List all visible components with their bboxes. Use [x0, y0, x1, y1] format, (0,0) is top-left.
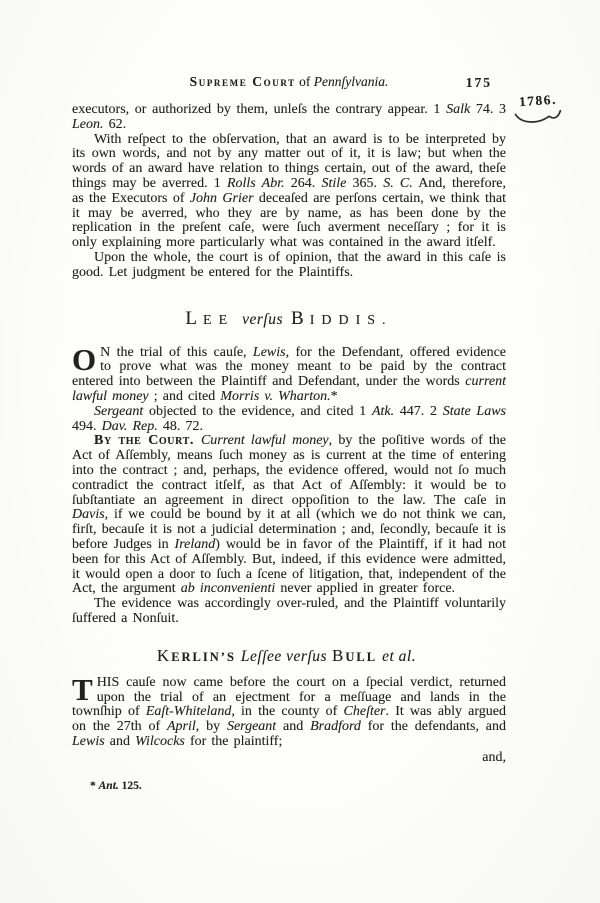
- heading-initial: K: [157, 646, 171, 665]
- citation-dav-rep: Dav. Rep.: [102, 419, 158, 434]
- heading-caps: IDDIS.: [310, 313, 393, 328]
- case-heading-kerlin-v-bull: KERLIN’SLeſſee verſusBULLet al.: [72, 646, 506, 666]
- scanned-book-page: 1786. Supreme Court of Pennſylvania. 175…: [0, 0, 600, 903]
- paragraph-kerlin-facts: THIS cauſe now came before the court on …: [72, 676, 506, 750]
- citation-morris-v-wharton: Morris v. Wharton.: [220, 389, 330, 404]
- citation-stile: Stile: [321, 176, 346, 191]
- term-ab-inconvenienti: ab inconvenienti: [181, 581, 276, 596]
- paragraph-award-reasoning: With reſpect to the obſervation, that an…: [72, 133, 506, 251]
- citation-salkeld: Salk: [446, 102, 470, 117]
- page-number: 175: [466, 75, 492, 91]
- running-header: Supreme Court of Pennſylvania. 175: [72, 74, 506, 90]
- heading-et-al: et al.: [382, 648, 416, 665]
- paragraph-lee-facts: ON the trial of this cauſe, Lewis, for t…: [72, 346, 506, 405]
- by-the-court-label: By the Court.: [94, 433, 194, 448]
- counsel-name-sergeant: Sergeant: [94, 404, 143, 419]
- term-current-lawful-money: Current lawful money: [201, 433, 329, 448]
- place-name-ireland: Ireland: [175, 537, 216, 552]
- case-heading-lee-v-biddis: LEEverſusBIDDIS.: [72, 308, 506, 330]
- citation-state-laws: State Laws: [443, 404, 506, 419]
- text-run: never applied in greater force.: [275, 581, 455, 596]
- paragraph-by-the-court: By the Court.Current lawful money, by th…: [72, 434, 506, 597]
- place-name-chester: Cheſter: [344, 704, 386, 719]
- footnote: * Ant. 125.: [90, 780, 506, 792]
- text-run: for the plaintiff;: [185, 734, 282, 749]
- drop-cap-t: T: [72, 676, 97, 702]
- heading-initial: B: [332, 646, 345, 665]
- citation-leonard: Leon.: [72, 117, 104, 132]
- footnote-marker: *: [90, 780, 99, 792]
- catchword: and,: [72, 751, 506, 766]
- text-run: Upon the whole, the court is of opinion,…: [72, 250, 506, 280]
- citation-atkyns: Atk.: [372, 404, 394, 419]
- text-run: objected to the evidence, and cited 1: [143, 404, 372, 419]
- footnote-ref-ante: Ant.: [99, 780, 119, 792]
- counsel-name-wilcocks: Wilcocks: [135, 734, 185, 749]
- heading-caps: EE: [203, 313, 234, 328]
- counsel-name-lewis: Lewis: [72, 734, 105, 749]
- paragraph-award-judgment: Upon the whole, the court is of opinion,…: [72, 251, 506, 281]
- heading-caps: ULL: [345, 650, 377, 664]
- margin-brace-icon: [512, 106, 566, 129]
- text-run: , by: [196, 719, 227, 734]
- text-run: 74. 3: [470, 102, 506, 117]
- header-jurisdiction: Pennſylvania.: [314, 74, 389, 89]
- text-run: , in the county of: [231, 704, 343, 719]
- text-run: ; and cited: [149, 389, 221, 404]
- text-run: N the trial of this cauſe,: [100, 345, 253, 360]
- heading-lessee-versus: Leſſee verſus: [241, 648, 327, 665]
- citation-rolls-abr: Rolls Abr.: [227, 176, 285, 191]
- header-court-name: Supreme Court: [190, 74, 296, 89]
- place-name-east-whiteland: Eaſt-Whiteland: [146, 704, 232, 719]
- text-run: 447. 2: [394, 404, 443, 419]
- party-name-john-grier: John Grier: [190, 191, 254, 206]
- text-run: 264.: [285, 176, 322, 191]
- paragraph-lee-outcome: The evidence was accordingly over-ruled,…: [72, 597, 506, 627]
- citation-same-case: S. C.: [383, 176, 413, 191]
- heading-caps: ERLIN’S: [171, 650, 236, 664]
- text-run: and,: [482, 750, 506, 765]
- footnote-marker: *: [331, 389, 338, 404]
- text-column: Supreme Court of Pennſylvania. 175 execu…: [72, 74, 506, 792]
- counsel-name-bradford: Bradford: [310, 719, 361, 734]
- heading-initial: L: [185, 308, 203, 329]
- month-april: April: [167, 719, 196, 734]
- paragraph-sergeant-objection: Sergeant objected to the evidence, and c…: [72, 405, 506, 435]
- text-run: 365.: [346, 176, 383, 191]
- text-run: and: [276, 719, 310, 734]
- text-run: 62.: [104, 117, 127, 132]
- footnote-page: 125.: [119, 780, 142, 792]
- header-of: of: [296, 74, 314, 89]
- paragraph-continuation: executors, or authorized by them, unleſs…: [72, 103, 506, 133]
- text-run: The evidence was accordingly over-ruled,…: [72, 596, 506, 626]
- text-run: executors, or authorized by them, unleſs…: [72, 102, 446, 117]
- text-run: and: [105, 734, 135, 749]
- text-run: for the defendants, and: [361, 719, 506, 734]
- case-name-davis: Davis: [72, 507, 105, 522]
- heading-versus: verſus: [242, 311, 283, 328]
- text-run: 494.: [72, 419, 102, 434]
- text-run: 48. 72.: [158, 419, 203, 434]
- counsel-name-lewis: Lewis: [253, 345, 286, 360]
- heading-initial: B: [291, 308, 310, 329]
- counsel-name-sergeant: Sergeant: [227, 719, 276, 734]
- drop-cap-o: O: [72, 346, 100, 372]
